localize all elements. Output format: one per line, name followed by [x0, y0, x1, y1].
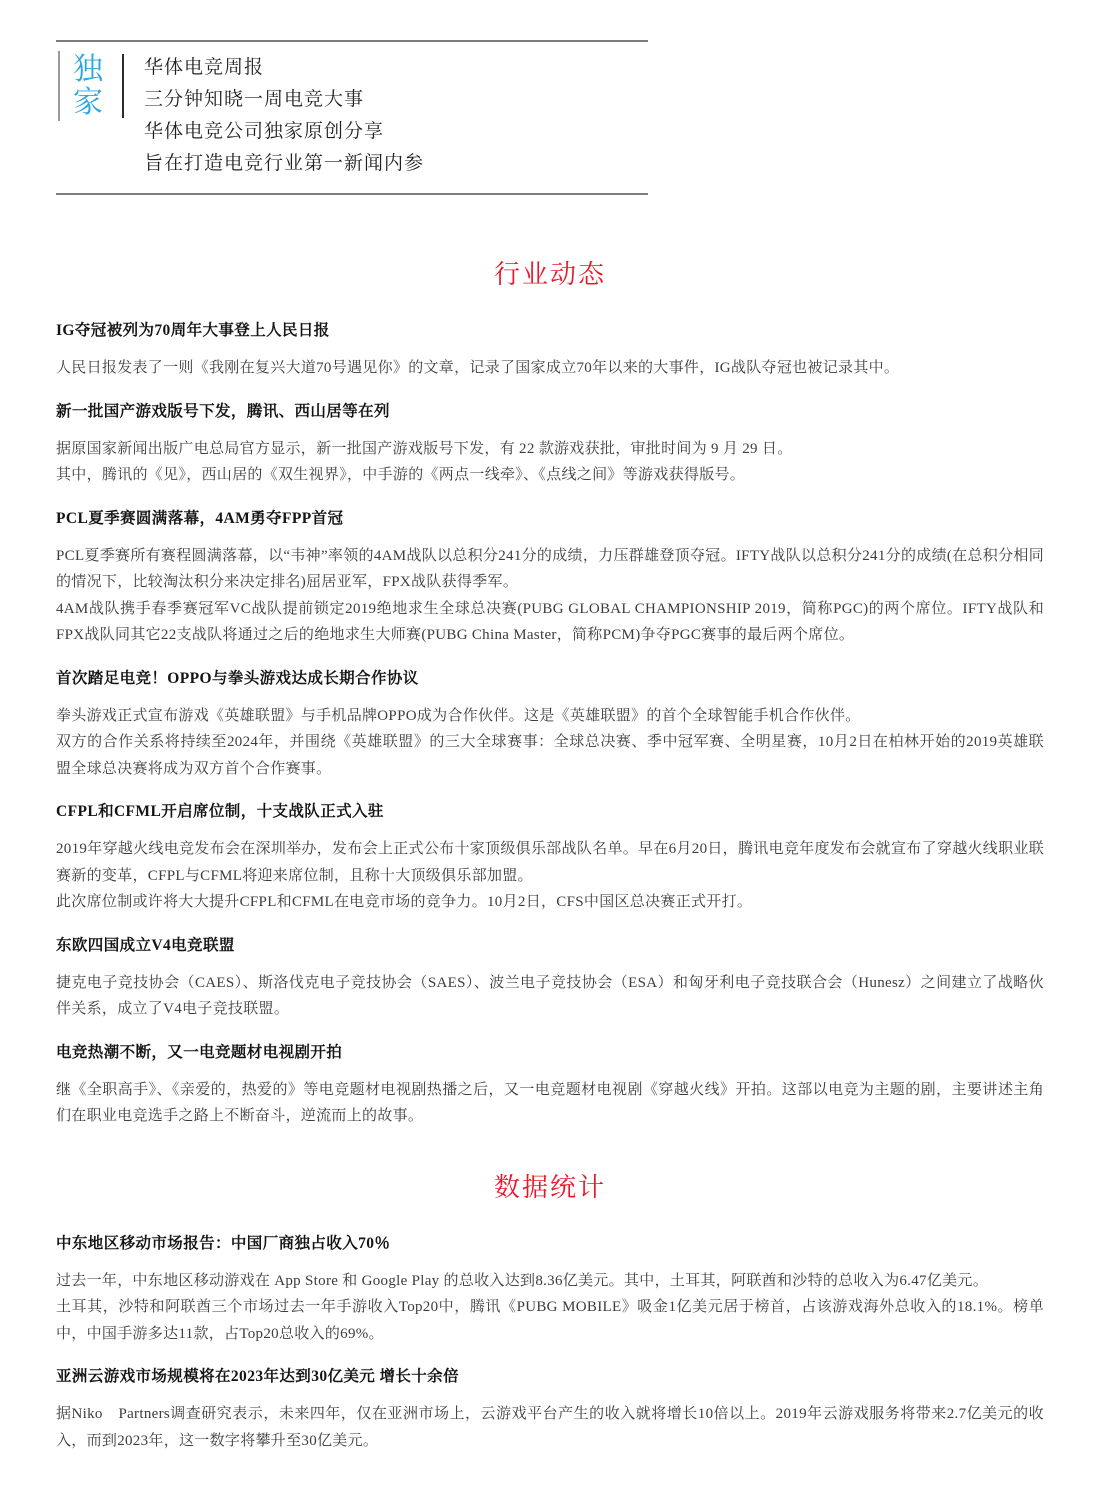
news-paragraph: 拳头游戏正式宣布游戏《英雄联盟》与手机品牌OPPO成为合作伙伴。这是《英雄联盟》…	[56, 703, 1044, 730]
news-item: IG夺冠被列为70周年大事登上人民日报 人民日报发表了一则《我刚在复兴大道70号…	[56, 321, 1044, 382]
news-paragraph: 2019年穿越火线电竞发布会在深圳举办，发布会上正式公布十家顶级俱乐部战队名单。…	[56, 836, 1044, 889]
news-paragraph: PCL夏季赛所有赛程圆满落幕，以“韦神”率领的4AM战队以总积分241分的成绩，…	[56, 543, 1044, 596]
news-item: 新一批国产游戏版号下发，腾讯、西山居等在列 据原国家新闻出版广电总局官方显示，新…	[56, 402, 1044, 489]
news-headline: CFPL和CFML开启席位制，十支战队正式入驻	[56, 802, 1044, 822]
news-headline: 东欧四国成立V4电竞联盟	[56, 936, 1044, 956]
news-paragraph: 其中，腾讯的《见》，西山居的《双生视界》，中手游的《两点一线牵》、《点线之间》等…	[56, 462, 1044, 489]
news-paragraph: 4AM战队携手春季赛冠军VC战队提前锁定2019绝地求生全球总决赛(PUBG G…	[56, 596, 1044, 649]
news-headline: 亚洲云游戏市场规模将在2023年达到30亿美元 增长十余倍	[56, 1367, 1044, 1387]
masthead: 独 家 华体电竞周报 三分钟知晓一周电竞大事 华体电竞公司独家原创分享 旨在打造…	[56, 40, 648, 195]
news-item: 电竞热潮不断，又一电竞题材电视剧开拍 继《全职高手》、《亲爱的，热爱的》等电竞题…	[56, 1043, 1044, 1130]
news-headline: PCL夏季赛圆满落幕，4AM勇夺FPP首冠	[56, 509, 1044, 529]
news-paragraph: 过去一年，中东地区移动游戏在 App Store 和 Google Play 的…	[56, 1268, 1044, 1295]
section-title: 行业动态	[56, 257, 1044, 293]
news-paragraph: 土耳其，沙特和阿联酋三个市场过去一年手游收入Top20中，腾讯《PUBG MOB…	[56, 1294, 1044, 1347]
section-data-statistics: 数据统计 中东地区移动市场报告：中国厂商独占收入70％ 过去一年，中东地区移动游…	[56, 1170, 1044, 1455]
newsletter-page: 独 家 华体电竞周报 三分钟知晓一周电竞大事 华体电竞公司独家原创分享 旨在打造…	[0, 40, 1100, 1454]
badge-char: 独	[73, 53, 103, 86]
news-headline: 新一批国产游戏版号下发，腾讯、西山居等在列	[56, 402, 1044, 422]
masthead-divider	[122, 54, 124, 118]
section-industry-news: 行业动态 IG夺冠被列为70周年大事登上人民日报 人民日报发表了一则《我刚在复兴…	[56, 257, 1044, 1130]
tagline-line: 华体电竞周报	[144, 52, 424, 84]
tagline-line: 华体电竞公司独家原创分享	[144, 116, 424, 148]
news-headline: 中东地区移动市场报告：中国厂商独占收入70％	[56, 1234, 1044, 1254]
news-paragraph: 双方的合作关系将持续至2024年，并围绕《英雄联盟》的三大全球赛事：全球总决赛、…	[56, 729, 1044, 782]
news-item: 东欧四国成立V4电竞联盟 捷克电子竞技协会（CAES）、斯洛伐克电子竞技协会（S…	[56, 936, 1044, 1023]
news-paragraph: 据原国家新闻出版广电总局官方显示，新一批国产游戏版号下发，有 22 款游戏获批，…	[56, 436, 1044, 463]
masthead-bottom-rule	[56, 193, 648, 195]
exclusive-badge: 独 家	[58, 51, 103, 121]
news-headline: IG夺冠被列为70周年大事登上人民日报	[56, 321, 1044, 341]
news-item: 首次踏足电竞！OPPO与拳头游戏达成长期合作协议 拳头游戏正式宣布游戏《英雄联盟…	[56, 669, 1044, 783]
badge-char: 家	[73, 86, 103, 119]
news-headline: 电竞热潮不断，又一电竞题材电视剧开拍	[56, 1043, 1044, 1063]
news-paragraph: 人民日报发表了一则《我刚在复兴大道70号遇见你》的文章，记录了国家成立70年以来…	[56, 355, 1044, 382]
masthead-tagline: 华体电竞周报 三分钟知晓一周电竞大事 华体电竞公司独家原创分享 旨在打造电竞行业…	[144, 51, 424, 180]
news-item: 亚洲云游戏市场规模将在2023年达到30亿美元 增长十余倍 据Niko Part…	[56, 1367, 1044, 1454]
section-title: 数据统计	[56, 1170, 1044, 1206]
news-item: 中东地区移动市场报告：中国厂商独占收入70％ 过去一年，中东地区移动游戏在 Ap…	[56, 1234, 1044, 1348]
news-item: CFPL和CFML开启席位制，十支战队正式入驻 2019年穿越火线电竞发布会在深…	[56, 802, 1044, 916]
news-paragraph: 据Niko Partners调查研究表示，未来四年，仅在亚洲市场上，云游戏平台产…	[56, 1401, 1044, 1454]
news-item: PCL夏季赛圆满落幕，4AM勇夺FPP首冠 PCL夏季赛所有赛程圆满落幕，以“韦…	[56, 509, 1044, 649]
tagline-line: 旨在打造电竞行业第一新闻内参	[144, 148, 424, 180]
news-paragraph: 继《全职高手》、《亲爱的，热爱的》等电竞题材电视剧热播之后，又一电竞题材电视剧《…	[56, 1077, 1044, 1130]
news-paragraph: 此次席位制或许将大大提升CFPL和CFML在电竞市场的竞争力。10月2日，CFS…	[56, 889, 1044, 916]
news-headline: 首次踏足电竞！OPPO与拳头游戏达成长期合作协议	[56, 669, 1044, 689]
news-paragraph: 捷克电子竞技协会（CAES）、斯洛伐克电子竞技协会（SAES）、波兰电子竞技协会…	[56, 970, 1044, 1023]
masthead-body: 独 家 华体电竞周报 三分钟知晓一周电竞大事 华体电竞公司独家原创分享 旨在打造…	[56, 42, 648, 193]
tagline-line: 三分钟知晓一周电竞大事	[144, 84, 424, 116]
